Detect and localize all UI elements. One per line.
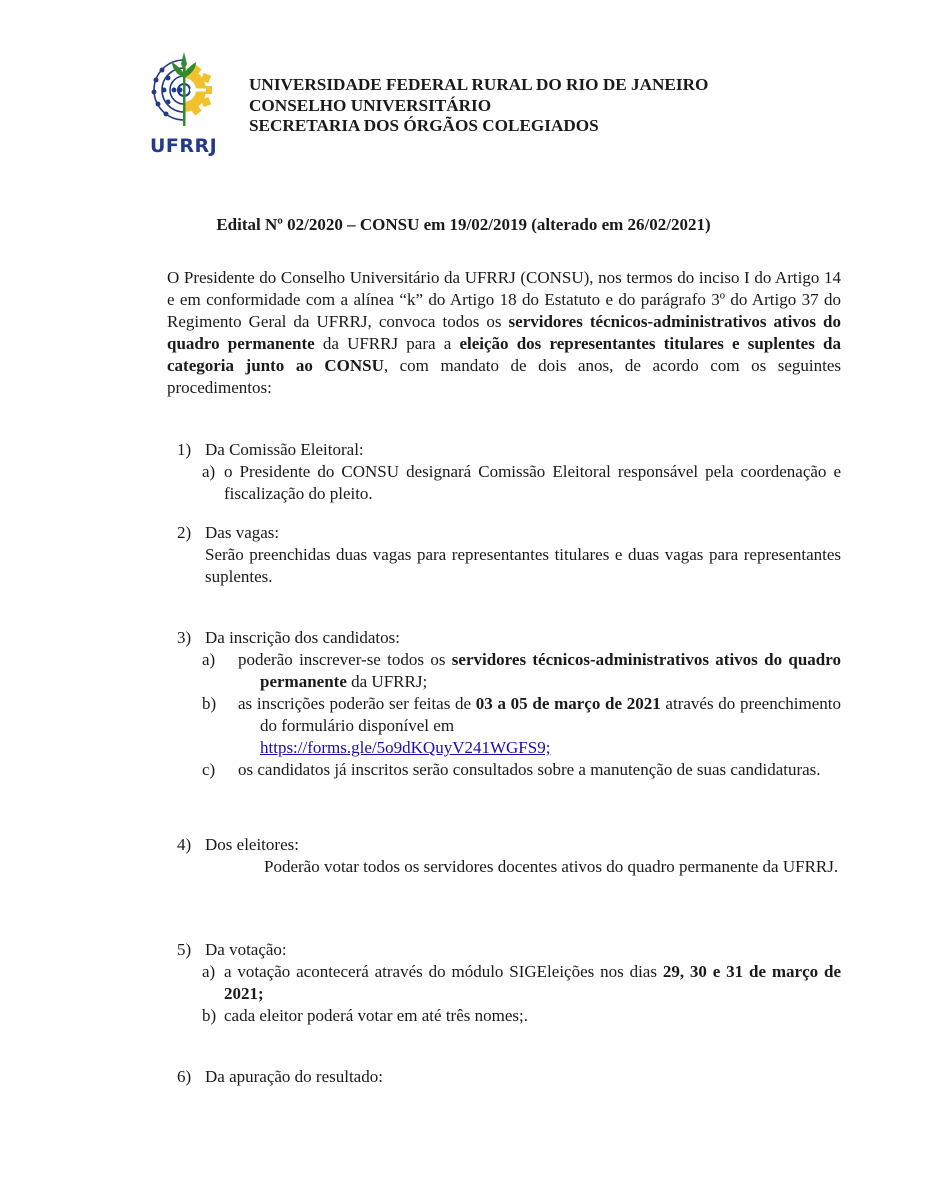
section-number: 5) [177, 939, 205, 961]
document-title: Edital Nº 02/2020 – CONSU em 19/02/2019 … [0, 215, 927, 235]
header-university: UNIVERSIDADE FEDERAL RURAL DO RIO DE JAN… [249, 75, 708, 96]
section-heading: Da apuração do resultado: [205, 1066, 383, 1088]
section-number: 1) [177, 439, 205, 461]
item-label: a) [202, 649, 238, 693]
item-text: poderão inscrever-se todos os servidores… [238, 649, 841, 693]
section-3: 3)Da inscrição dos candidatos: a)poderão… [177, 627, 841, 781]
section-6: 6)Da apuração do resultado: [177, 1066, 841, 1088]
section-text: Poderão votar todos os servidores docent… [167, 856, 841, 878]
item-text-part: da UFRRJ; [347, 672, 427, 691]
section-number: 6) [177, 1066, 205, 1088]
item-text: o Presidente do CONSU designará Comissão… [224, 461, 841, 505]
item-text: os candidatos já inscritos serão consult… [238, 759, 841, 781]
item-label: c) [202, 759, 238, 781]
section-number: 2) [177, 522, 205, 544]
item-text: cada eleitor poderá votar em até três no… [224, 1005, 841, 1027]
section-heading: Da votação: [205, 939, 287, 961]
item-text: as inscrições poderão ser feitas de 03 a… [238, 693, 841, 759]
logo-text: UFRRJ [150, 135, 230, 157]
header-secretariat: SECRETARIA DOS ÓRGÃOS COLEGIADOS [249, 116, 708, 137]
item-bold-part: 03 a 05 de março de 2021 [476, 694, 661, 713]
header-council: CONSELHO UNIVERSITÁRIO [249, 96, 708, 117]
section-number: 4) [177, 834, 205, 856]
item-text-part: poderão inscrever-se todos os [238, 650, 452, 669]
item-label: a) [202, 461, 224, 505]
ufrrj-logo-icon [140, 50, 228, 130]
intro-paragraph: O Presidente do Conselho Universitário d… [167, 267, 841, 399]
item-text: a votação acontecerá através do módulo S… [224, 961, 841, 1005]
section-2: 2)Das vagas: Serão preenchidas duas vaga… [177, 522, 841, 588]
section-heading: Da Comissão Eleitoral: [205, 439, 364, 461]
section-5: 5)Da votação: a)a votação acontecerá atr… [177, 939, 841, 1027]
item-label: b) [202, 693, 238, 759]
section-4: 4)Dos eleitores: Poderão votar todos os … [177, 834, 841, 878]
form-link[interactable]: https://forms.gle/5o9dKQuyV241WGFS9; [260, 738, 550, 757]
item-label: a) [202, 961, 224, 1005]
section-1: 1)Da Comissão Eleitoral: a)o Presidente … [177, 439, 841, 505]
section-heading: Das vagas: [205, 522, 279, 544]
item-label: b) [202, 1005, 224, 1027]
item-text-part: a votação acontecerá através do módulo S… [224, 962, 663, 981]
item-text-part: as inscrições poderão ser feitas de [238, 694, 476, 713]
institution-header: UNIVERSIDADE FEDERAL RURAL DO RIO DE JAN… [249, 75, 708, 137]
intro-text: da UFRRJ para a [315, 334, 460, 353]
section-number: 3) [177, 627, 205, 649]
section-heading: Dos eleitores: [205, 834, 299, 856]
section-heading: Da inscrição dos candidatos: [205, 627, 400, 649]
section-text: Serão preenchidas duas vagas para repres… [205, 544, 841, 588]
